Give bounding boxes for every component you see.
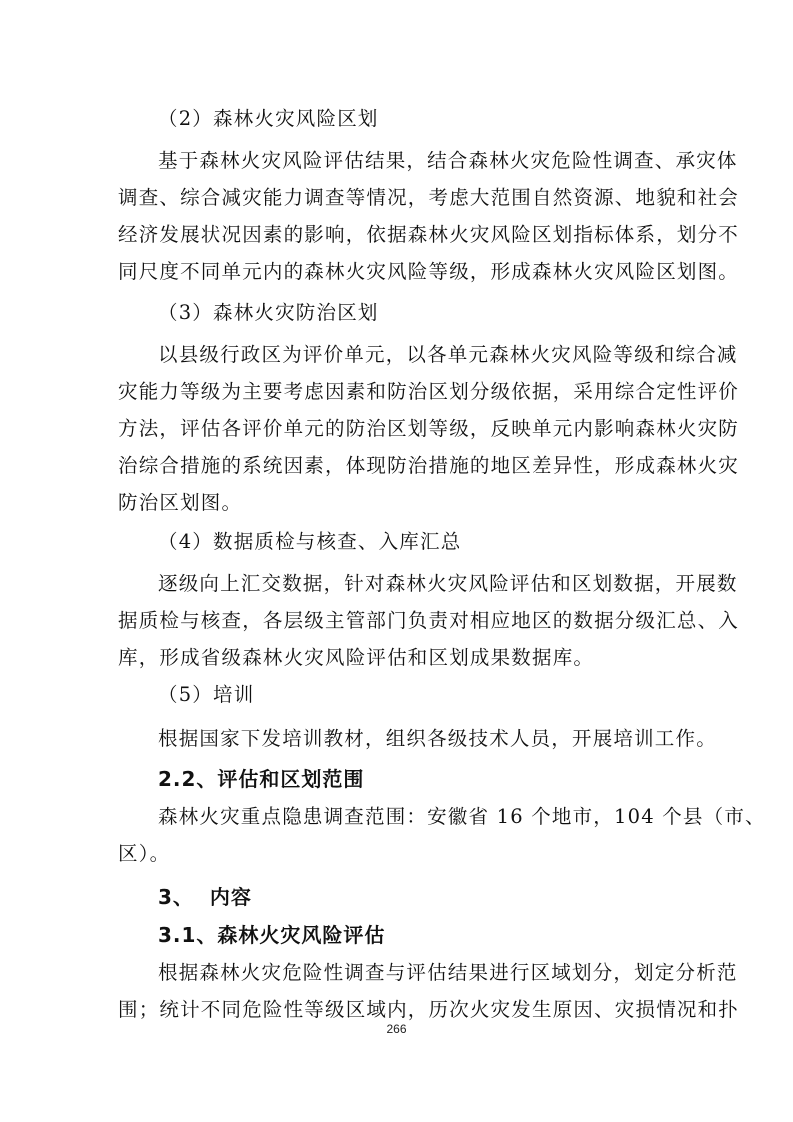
subheading: （2）森林火灾风险区划 xyxy=(118,100,674,137)
subsection-data-qc: （4）数据质检与核查、入库汇总 xyxy=(118,523,674,560)
document-page: （2）森林火灾风险区划 基于森林火灾风险评估结果，结合森林火灾危险性调查、承灾体… xyxy=(0,0,793,1122)
paragraph-training: 根据国家下发培训教材，组织各级技术人员，开展培训工作。 xyxy=(118,720,674,757)
section-heading-3: 3、 内容 xyxy=(118,880,674,914)
section-heading-3-1: 3.1、森林火灾风险评估 xyxy=(118,918,674,952)
paragraph-line: 区）。 xyxy=(118,835,674,872)
subsection-risk-zoning: （2）森林火灾风险区划 xyxy=(118,100,674,137)
paragraph-line: 据质检与核查，各层级主管部门负责对相应地区的数据分级汇总、入 xyxy=(118,602,674,639)
paragraph-line: 防治区划图。 xyxy=(118,484,674,521)
paragraph-data-qc: 逐级向上汇交数据，针对森林火灾风险评估和区划数据，开展数 据质检与核查，各层级主… xyxy=(118,565,674,676)
paragraph-risk-assessment: 根据森林火灾危险性调查与评估结果进行区域划分，划定分析范 围；统计不同危险性等级… xyxy=(118,954,674,1028)
subsection-prevention-zoning: （3）森林火灾防治区划 xyxy=(118,294,674,331)
subheading: （3）森林火灾防治区划 xyxy=(118,294,674,331)
paragraph-risk-zoning: 基于森林火灾风险评估结果，结合森林火灾危险性调查、承灾体 调查、综合减灾能力调查… xyxy=(118,142,674,290)
paragraph-line: 灾能力等级为主要考虑因素和防治区划分级依据，采用综合定性评价 xyxy=(118,373,674,410)
paragraph-line: 根据森林火灾危险性调查与评估结果进行区域划分，划定分析范 xyxy=(118,954,674,991)
section-heading-2-2: 2.2、评估和区划范围 xyxy=(118,762,674,796)
paragraph-line: 基于森林火灾风险评估结果，结合森林火灾危险性调查、承灾体 xyxy=(118,142,674,179)
section-heading: 3、 内容 xyxy=(118,880,674,914)
subheading: （4）数据质检与核查、入库汇总 xyxy=(118,523,674,560)
paragraph-line: 库，形成省级森林火灾风险评估和区划成果数据库。 xyxy=(118,639,674,676)
section-heading: 2.2、评估和区划范围 xyxy=(118,762,674,796)
subsection-training: （5）培训 xyxy=(118,676,674,713)
section-heading: 3.1、森林火灾风险评估 xyxy=(118,918,674,952)
paragraph-line: 方法，评估各评价单元的防治区划等级，反映单元内影响森林火灾防 xyxy=(118,410,674,447)
page-number: 266 xyxy=(0,1022,793,1036)
paragraph-line: 逐级向上汇交数据，针对森林火灾风险评估和区划数据，开展数 xyxy=(118,565,674,602)
paragraph-line: 同尺度不同单元内的森林火灾风险等级，形成森林火灾风险区划图。 xyxy=(118,253,674,290)
paragraph-line: 以县级行政区为评价单元，以各单元森林火灾风险等级和综合减 xyxy=(118,336,674,373)
paragraph-scope: 森林火灾重点隐患调查范围：安徽省 16 个地市，104 个县（市、 区）。 xyxy=(118,798,674,872)
subheading: （5）培训 xyxy=(118,676,674,713)
paragraph-line: 治综合措施的系统因素，体现防治措施的地区差异性，形成森林火灾 xyxy=(118,447,674,484)
paragraph-line: 调查、综合减灾能力调查等情况，考虑大范围自然资源、地貌和社会 xyxy=(118,179,674,216)
paragraph-prevention-zoning: 以县级行政区为评价单元，以各单元森林火灾风险等级和综合减 灾能力等级为主要考虑因… xyxy=(118,336,674,521)
paragraph-line: 森林火灾重点隐患调查范围：安徽省 16 个地市，104 个县（市、 xyxy=(118,798,674,835)
paragraph-line: 经济发展状况因素的影响，依据森林火灾风险区划指标体系，划分不 xyxy=(118,216,674,253)
paragraph-line: 根据国家下发培训教材，组织各级技术人员，开展培训工作。 xyxy=(118,720,674,757)
